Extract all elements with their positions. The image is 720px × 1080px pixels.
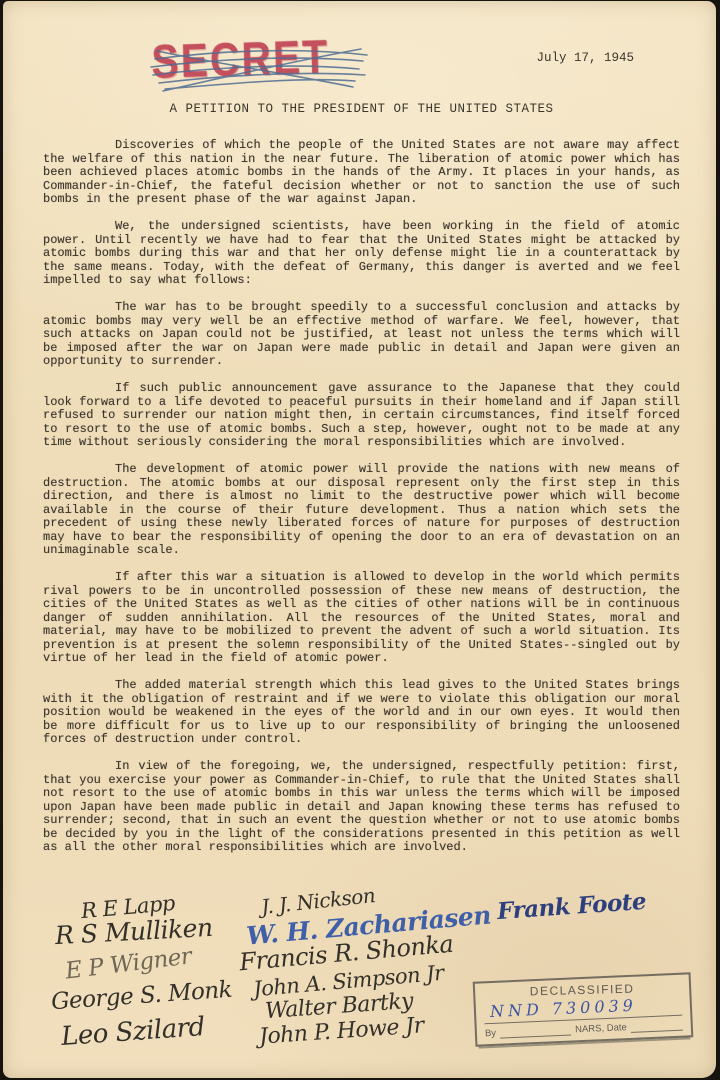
paragraph-8: In view of the foregoing, we, the unders… — [43, 760, 680, 855]
paragraph-7: The added material strength which this l… — [43, 679, 680, 747]
paragraph-1: Discoveries of which the people of the U… — [43, 139, 680, 207]
paragraph-4: If such public announcement gave assuran… — [43, 382, 680, 450]
document-date: July 17, 1945 — [43, 51, 680, 65]
paragraph-2: We, the undersigned scientists, have bee… — [43, 220, 680, 288]
date-line — [631, 1020, 683, 1033]
paragraph-3: The war has to be brought speedily to a … — [43, 301, 680, 369]
declassified-by-label: By — [485, 1028, 497, 1039]
signature-szilard: Leo Szilard — [60, 1012, 206, 1052]
paragraph-6: If after this war a situation is allowed… — [43, 571, 680, 666]
document-content: July 17, 1945 A PETITION TO THE PRESIDEN… — [43, 1, 680, 868]
document-title: A PETITION TO THE PRESIDENT OF THE UNITE… — [43, 102, 680, 116]
petition-document-page: SECRET July 17, 1945 A PETITION TO THE P… — [3, 1, 716, 1078]
declassified-nars-label: NARS, Date — [575, 1022, 627, 1035]
by-signature-line — [500, 1025, 572, 1039]
signature-foote: Frank Foote — [496, 888, 647, 925]
signature-wigner: E P Wigner — [64, 943, 193, 984]
declassified-stamp: DECLASSIFIED NND 730039 By NARS, Date — [473, 972, 694, 1046]
document-body: Discoveries of which the people of the U… — [43, 139, 680, 855]
paragraph-5: The development of atomic power will pro… — [43, 463, 680, 558]
